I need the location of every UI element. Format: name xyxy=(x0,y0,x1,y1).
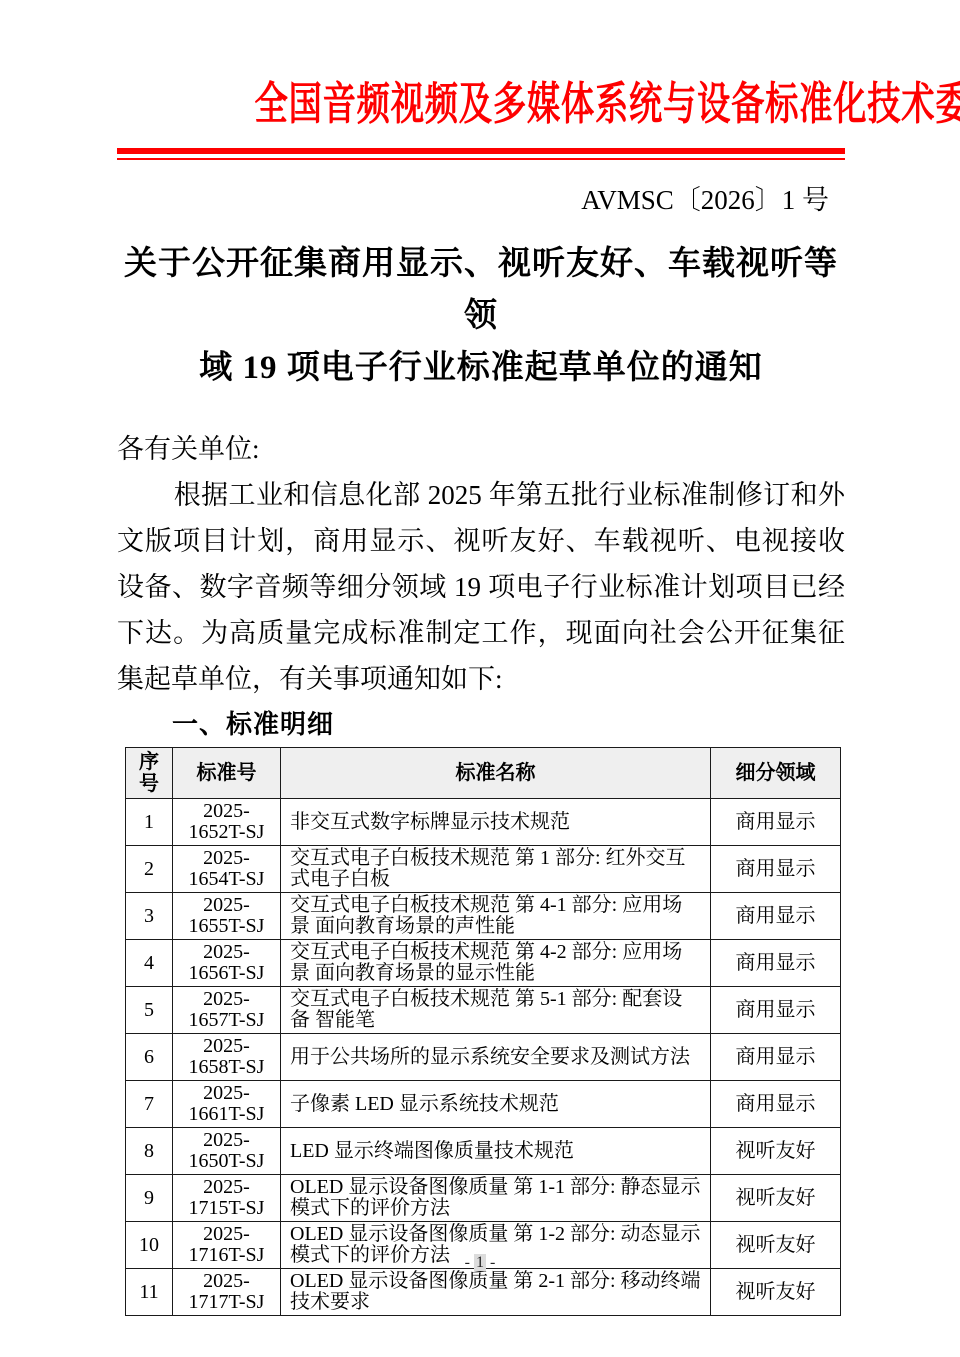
cell-field: 商用显示 xyxy=(711,1034,841,1081)
cell-field: 商用显示 xyxy=(711,987,841,1034)
document-title-line2: 域 19 项电子行业标准起草单位的通知 xyxy=(117,342,845,394)
cell-field: 商用显示 xyxy=(711,1081,841,1128)
cell-seq-no: 8 xyxy=(126,1128,173,1175)
cell-std-no: 2025-1658T-SJ xyxy=(173,1034,281,1081)
cell-std-no: 2025-1657T-SJ xyxy=(173,987,281,1034)
standards-table: 序号 标准号 标准名称 细分领域 1 2025-1652T-SJ 非交互式数字标… xyxy=(125,747,841,1316)
cell-seq-no: 11 xyxy=(126,1269,173,1316)
cell-std-name: 交互式电子白板技术规范 第 4-2 部分: 应用场景 面向教育场景的显示性能 xyxy=(281,940,711,987)
cell-std-name: OLED 显示设备图像质量 第 2-1 部分: 移动终端技术要求 xyxy=(281,1269,711,1316)
cell-std-no: 2025-1650T-SJ xyxy=(173,1128,281,1175)
cell-seq-no: 5 xyxy=(126,987,173,1034)
cell-std-name: 非交互式数字标牌显示技术规范 xyxy=(281,799,711,846)
cell-std-name: 用于公共场所的显示系统安全要求及测试方法 xyxy=(281,1034,711,1081)
table-row: 6 2025-1658T-SJ 用于公共场所的显示系统安全要求及测试方法 商用显… xyxy=(126,1034,841,1081)
page-number: 1 xyxy=(474,1254,486,1271)
red-rule-thin xyxy=(117,158,845,160)
cell-std-name: 交互式电子白板技术规范 第 5-1 部分: 配套设备 智能笔 xyxy=(281,987,711,1034)
document-title-line1: 关于公开征集商用显示、视听友好、车载视听等领 xyxy=(117,238,845,342)
cell-seq-no: 4 xyxy=(126,940,173,987)
footer-dash-right: - xyxy=(486,1254,495,1271)
cell-std-no: 2025-1652T-SJ xyxy=(173,799,281,846)
cell-std-name: 子像素 LED 显示系统技术规范 xyxy=(281,1081,711,1128)
table-row: 8 2025-1650T-SJ LED 显示终端图像质量技术规范 视听友好 xyxy=(126,1128,841,1175)
document-title: 关于公开征集商用显示、视听友好、车载视听等领 域 19 项电子行业标准起草单位的… xyxy=(117,238,845,394)
cell-std-name: OLED 显示设备图像质量 第 1-1 部分: 静态显示模式下的评价方法 xyxy=(281,1175,711,1222)
col-header-std-no: 标准号 xyxy=(173,748,281,799)
col-header-std-name: 标准名称 xyxy=(281,748,711,799)
org-title-text: 全国音频视频及多媒体系统与设备标准化技术委员会 xyxy=(255,70,960,138)
cell-field: 视听友好 xyxy=(711,1269,841,1316)
cell-field: 视听友好 xyxy=(711,1128,841,1175)
table-row: 11 2025-1717T-SJ OLED 显示设备图像质量 第 2-1 部分:… xyxy=(126,1269,841,1316)
cell-std-no: 2025-1654T-SJ xyxy=(173,846,281,893)
document-body: 各有关单位: 根据工业和信息化部 2025 年第五批行业标准制修订和外文版项目计… xyxy=(117,426,845,742)
cell-std-name: LED 显示终端图像质量技术规范 xyxy=(281,1128,711,1175)
section-heading: 一、标准明细 xyxy=(172,706,845,742)
table-row: 4 2025-1656T-SJ 交互式电子白板技术规范 第 4-2 部分: 应用… xyxy=(126,940,841,987)
cell-field: 商用显示 xyxy=(711,799,841,846)
cell-field: 视听友好 xyxy=(711,1175,841,1222)
doc-number: AVMSC〔2026〕1 号 xyxy=(117,182,845,218)
salutation: 各有关单位: xyxy=(117,426,845,472)
cell-std-name: 交互式电子白板技术规范 第 4-1 部分: 应用场景 面向教育场景的声性能 xyxy=(281,893,711,940)
table-row: 7 2025-1661T-SJ 子像素 LED 显示系统技术规范 商用显示 xyxy=(126,1081,841,1128)
cell-seq-no: 1 xyxy=(126,799,173,846)
document-page: 全国音频视频及多媒体系统与设备标准化技术委员会 AVMSC〔2026〕1 号 关… xyxy=(0,0,960,1357)
cell-seq-no: 7 xyxy=(126,1081,173,1128)
org-title: 全国音频视频及多媒体系统与设备标准化技术委员会 xyxy=(117,70,845,138)
cell-field: 商用显示 xyxy=(711,846,841,893)
table-row: 9 2025-1715T-SJ OLED 显示设备图像质量 第 1-1 部分: … xyxy=(126,1175,841,1222)
table-row: 3 2025-1655T-SJ 交互式电子白板技术规范 第 4-1 部分: 应用… xyxy=(126,893,841,940)
cell-seq-no: 3 xyxy=(126,893,173,940)
cell-std-name: 交互式电子白板技术规范 第 1 部分: 红外交互式电子白板 xyxy=(281,846,711,893)
cell-field: 商用显示 xyxy=(711,940,841,987)
cell-std-no: 2025-1661T-SJ xyxy=(173,1081,281,1128)
table-row: 2 2025-1654T-SJ 交互式电子白板技术规范 第 1 部分: 红外交互… xyxy=(126,846,841,893)
table-row: 5 2025-1657T-SJ 交互式电子白板技术规范 第 5-1 部分: 配套… xyxy=(126,987,841,1034)
cell-std-no: 2025-1715T-SJ xyxy=(173,1175,281,1222)
red-rule-thick xyxy=(117,148,845,154)
cell-field: 商用显示 xyxy=(711,893,841,940)
body-paragraph: 根据工业和信息化部 2025 年第五批行业标准制修订和外文版项目计划，商用显示、… xyxy=(117,472,845,702)
cell-seq-no: 2 xyxy=(126,846,173,893)
col-header-seq-no: 序号 xyxy=(126,748,173,799)
cell-std-no: 2025-1656T-SJ xyxy=(173,940,281,987)
cell-std-no: 2025-1655T-SJ xyxy=(173,893,281,940)
cell-seq-no: 6 xyxy=(126,1034,173,1081)
col-header-field: 细分领域 xyxy=(711,748,841,799)
footer-dash-left: - xyxy=(465,1254,474,1271)
table-row: 1 2025-1652T-SJ 非交互式数字标牌显示技术规范 商用显示 xyxy=(126,799,841,846)
page-footer: - 1 - xyxy=(0,1252,960,1274)
table-header-row: 序号 标准号 标准名称 细分领域 xyxy=(126,748,841,799)
cell-std-no: 2025-1717T-SJ xyxy=(173,1269,281,1316)
cell-seq-no: 9 xyxy=(126,1175,173,1222)
